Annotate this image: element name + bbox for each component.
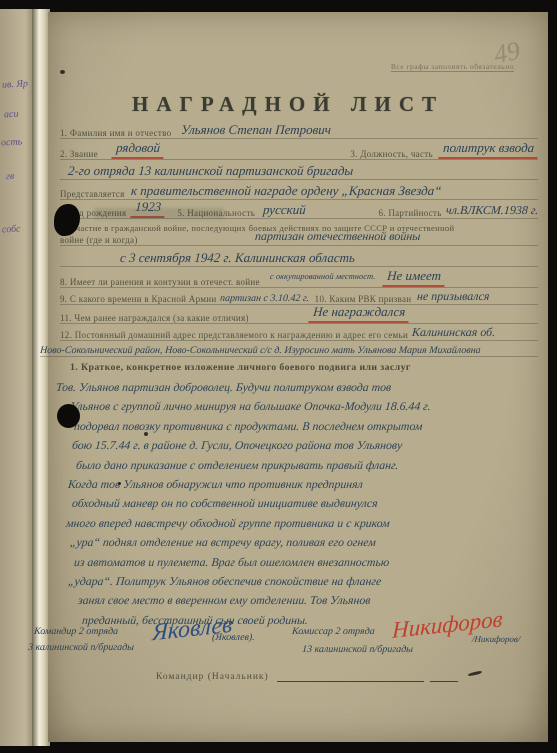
field-party-value: чл.ВЛКСМ.1938 г.: [445, 203, 538, 218]
punch-hole: [57, 404, 80, 428]
field-position-label: 3. Должность, часть: [350, 149, 433, 159]
field-nationality-value: русский: [263, 202, 307, 218]
field-war-value-line1: партизан отечественной войны: [255, 229, 421, 244]
commander-role-line2: 3 калининской п/бригады: [28, 642, 135, 653]
field-position-value: политрук взвода: [438, 140, 538, 159]
margin-handwriting-fragment: собс: [2, 224, 21, 236]
paper-speck: [118, 482, 121, 485]
field-name: 1. Фамилия имя и отчество Ульянов Степан…: [60, 120, 538, 139]
field-name-label: 1. Фамилия имя и отчество: [60, 128, 171, 138]
field-address-2: Ново-Сокольнический район, Ново-Сокольни…: [40, 341, 538, 357]
field-wounds-label: 8. Имеет ли ранения и контузии в отечест…: [60, 277, 260, 287]
award-sheet-page: 49 Все графы заполнять обязательно НАГРА…: [48, 12, 548, 742]
underlying-page-edge: ив. Яр аси ость гв собс: [0, 9, 36, 746]
field-party-label: 6. Партийность: [378, 208, 441, 218]
field-award: Представляется к правительственной награ…: [60, 181, 538, 200]
field-rvk-value: не призывался: [417, 289, 491, 304]
bottom-commander-line: Командир (Начальник): [156, 666, 458, 682]
citation-line: обходный маневр он по собственной инициа…: [71, 494, 543, 513]
field-award-label: Представляется: [60, 189, 125, 199]
citation-line: „ура“ поднял отделение на встречу врагу,…: [69, 533, 543, 552]
margin-handwriting-fragment: аси: [4, 109, 19, 121]
field-war-participation-2: войне (где и когда) партизан отечественн…: [60, 231, 538, 246]
field-service-value: партизан с 3.10.42 г.: [219, 293, 309, 304]
field-army-service: 9. С какого времени в Красной Армии парт…: [60, 288, 538, 305]
commissar-typed-name: /Никифоров/: [472, 634, 521, 644]
field-rvk-label: 10. Каким РВК призван: [315, 294, 412, 304]
section-header: 1. Краткое, конкретное изложение личного…: [70, 362, 538, 373]
commissar-role-line1: Комиссар 2 отряда: [292, 626, 375, 637]
field-war-participation-3: с 3 сентября 1942 г. Калининская область: [60, 250, 538, 267]
citation-line: много вперед навстречу обходной группе п…: [65, 514, 543, 533]
paper-speck: [144, 432, 148, 436]
commander-role-line1: Командир 2 отряда: [34, 626, 119, 637]
field-service-label: 9. С какого времени в Красной Армии: [60, 294, 217, 304]
signature-blank-line: [277, 671, 424, 682]
field-rank-label: 2. Звание: [60, 149, 98, 159]
field-wounds-note: с оккупированной местност.: [269, 271, 375, 281]
ink-speck: [60, 70, 65, 74]
citation-line: бою 15.7.44 г. в районе д. Гусли, Опочец…: [71, 436, 543, 455]
field-wounds: 8. Имеет ли ранения и контузии в отечест…: [60, 270, 538, 288]
field-previous-awards: 11. Чем ранее награждался (за какие отли…: [60, 306, 538, 324]
field-rank-value: рядовой: [111, 140, 164, 159]
field-wounds-value: Не имеет: [383, 268, 446, 287]
citation-line: „удара“. Политрук Ульянов обеспечив спок…: [67, 572, 543, 591]
document-title: НАГРАДНОЙ ЛИСТ: [48, 92, 528, 117]
citation-line: занял свое место в вверенном ему отделен…: [77, 591, 543, 610]
field-unit-value: 2-го отряда 13 калининской партизанской …: [67, 163, 353, 179]
citation-line: из автоматов и пулемета. Враг был ошелом…: [73, 553, 543, 572]
commissar-role-line2: 13 калининской п/бригады: [302, 644, 414, 655]
field-war-label-line2: войне (где и когда): [60, 235, 138, 245]
margin-handwriting-fragment: гв: [6, 171, 15, 182]
citation-text: Тов. Ульянов партизан доброволец. Будучи…: [56, 378, 542, 630]
signature-blank-line-short: [430, 671, 458, 682]
citation-line: Тов. Ульянов партизан доброволец. Будучи…: [55, 378, 543, 397]
commander-typed-name: (Яковлев).: [212, 632, 256, 643]
form-instruction-note: Все графы заполнять обязательно: [391, 62, 514, 72]
field-award-value: к правительственной награде ордену „Крас…: [130, 183, 442, 199]
citation-line: Ульянов с группой лично минируя на больш…: [69, 397, 543, 416]
field-address: 12. Постоянный домашний адрес представля…: [60, 324, 538, 341]
scanned-document: ив. Яр аси ость гв собс 49 Все графы зап…: [0, 0, 557, 753]
bottom-commander-label: Командир (Начальник): [156, 672, 269, 682]
faded-stamp-ghost: [94, 208, 224, 219]
field-address-label: 12. Постоянный домашний адрес представля…: [60, 330, 408, 340]
field-address-value1: Калининская об.: [412, 325, 496, 340]
field-war-value-line2: с 3 сентября 1942 г. Калининская область: [119, 250, 355, 266]
citation-line: Когда тов Ульянов обнаружил что противни…: [67, 475, 543, 494]
field-name-value: Ульянов Степан Петрович: [181, 122, 332, 138]
margin-handwriting-fragment: ость: [1, 136, 23, 148]
field-previous-awards-label: 11. Чем ранее награждался (за какие отли…: [60, 313, 249, 323]
field-unit: 2-го отряда 13 калининской партизанской …: [60, 161, 538, 180]
field-previous-awards-value: Не награждался: [308, 304, 410, 323]
field-rank-position: 2. Звание рядовой 3. Должность, часть по…: [60, 141, 538, 160]
citation-line: было дано приказание с отделением прикры…: [75, 456, 543, 475]
margin-handwriting-fragment: ив. Яр: [2, 78, 28, 90]
field-address-value2: Ново-Сокольнический район, Ново-Сокольни…: [40, 345, 481, 356]
